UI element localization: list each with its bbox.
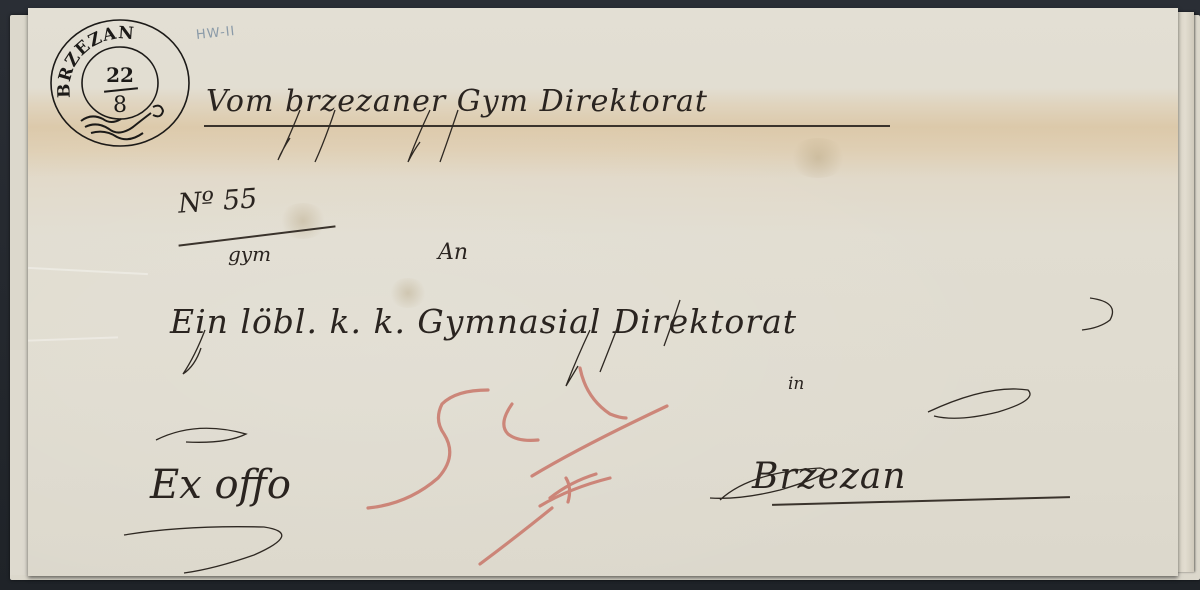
reference-number: Nº 55 (177, 183, 258, 219)
sender-line: Vom brzezaner Gym Direktorat (206, 84, 708, 119)
reference-abbreviation: gym (228, 242, 271, 266)
postmark-month: 8 (49, 93, 191, 118)
salutation: An (438, 240, 468, 265)
postmark-stamp: BRZEZAN 22 8 (49, 17, 191, 149)
paper-stain (788, 138, 848, 178)
destination-city: Brzezan (752, 456, 907, 497)
paper-crease (28, 267, 148, 275)
postmark-day: 22 (49, 63, 191, 87)
sender-underline (204, 125, 890, 127)
franking-note: Ex offo (150, 462, 291, 508)
svg-text:BRZEZAN: BRZEZAN (54, 23, 135, 98)
addressee-line: Ein löbl. k. k. Gymnasial Direktorat (170, 302, 797, 341)
red-crayon-rate-mark-icon (340, 360, 680, 570)
paper-stain (278, 203, 328, 239)
preposition-in: in (788, 374, 804, 394)
paper-crease (28, 336, 118, 341)
